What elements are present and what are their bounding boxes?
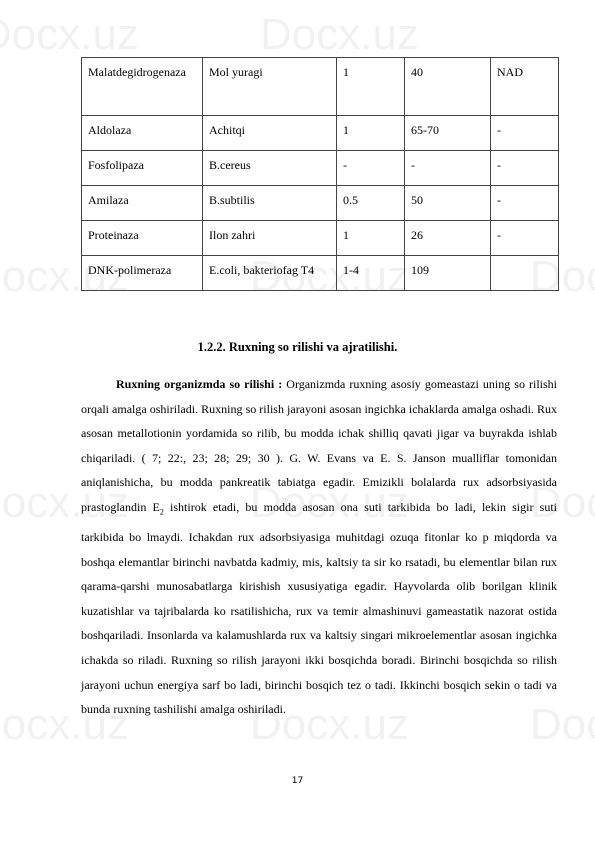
enzyme-table: MalatdegidrogenazaMol yuragi140NADAldola…: [81, 57, 559, 291]
table-cell: -: [491, 221, 559, 256]
table-cell: Mol yuragi: [203, 58, 337, 116]
lead-bold-text: Ruxning organizmda so rilishi :: [116, 377, 282, 391]
table-cell: 40: [405, 58, 491, 116]
table-cell: NAD: [491, 58, 559, 116]
table-cell: 65-70: [405, 116, 491, 151]
page-number: 17: [0, 776, 595, 786]
table-cell: 50: [405, 186, 491, 221]
table-cell: Ilon zahri: [203, 221, 337, 256]
table-cell: Proteinaza: [82, 221, 203, 256]
body-paragraph: Ruxning organizmda so rilishi : Organizm…: [81, 372, 557, 722]
table-cell: Amilaza: [82, 186, 203, 221]
table-cell: 109: [405, 256, 491, 291]
table-cell: B.cereus: [203, 151, 337, 186]
watermark: Docx.uz: [0, 10, 139, 60]
table-row: DNK-polimerazaE.coli, bakteriofag T41-41…: [82, 256, 559, 291]
table-row: ProteinazaIlon zahri126-: [82, 221, 559, 256]
table-cell: Aldolaza: [82, 116, 203, 151]
table-cell: 1: [337, 58, 405, 116]
table-cell: -: [491, 151, 559, 186]
table-cell: -: [491, 116, 559, 151]
body-text-part1: Organizmda ruxning asosiy gomeastazi uni…: [81, 377, 557, 514]
table-cell: 26: [405, 221, 491, 256]
table-cell: Malatdegidrogenaza: [82, 58, 203, 116]
table-row: MalatdegidrogenazaMol yuragi140NAD: [82, 58, 559, 116]
body-text-part2: ishtirok etadi, bu modda asosan ona suti…: [81, 500, 557, 716]
table-row: AldolazaAchitqi165-70-: [82, 116, 559, 151]
table-cell: E.coli, bakteriofag T4: [203, 256, 337, 291]
table-cell: DNK-polimeraza: [82, 256, 203, 291]
table-cell: 1: [337, 221, 405, 256]
table-row: AmilazaB.subtilis0.550-: [82, 186, 559, 221]
table-cell: -: [405, 151, 491, 186]
table-cell: 0.5: [337, 186, 405, 221]
section-heading: 1.2.2. Ruxning so rilishi va ajratilishi…: [0, 340, 595, 355]
table-cell: -: [491, 186, 559, 221]
table-cell: [491, 256, 559, 291]
table-cell: Fosfolipaza: [82, 151, 203, 186]
table-cell: 1: [337, 116, 405, 151]
table-cell: 1-4: [337, 256, 405, 291]
watermark: Docx.uz: [260, 10, 419, 60]
table-cell: B.subtilis: [203, 186, 337, 221]
table-cell: Achitqi: [203, 116, 337, 151]
table-row: FosfolipazaB.cereus---: [82, 151, 559, 186]
table-cell: -: [337, 151, 405, 186]
